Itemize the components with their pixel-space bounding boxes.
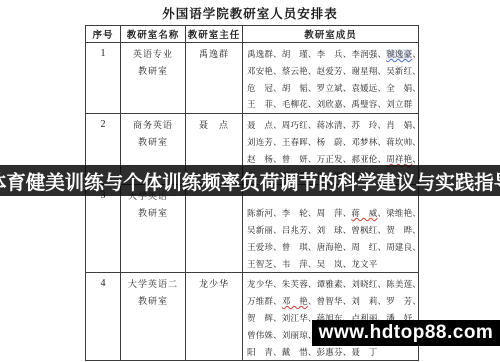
office-director-name: 聂 点 <box>186 117 242 134</box>
member-line: 王 菲、毛柳花、刘欣嘉、禹璧容、刘立群 <box>247 96 416 113</box>
member-line: 万维群、邓 艳、曾智华、刘 莉、罗 芳、 <box>247 293 416 310</box>
spellcheck-mark: 周祥艳 <box>386 154 412 164</box>
office-name-line: 教研室 <box>121 63 185 80</box>
column-header: 教研室成员 <box>243 26 419 43</box>
watermark-text: www.hdtop88.com <box>319 322 494 344</box>
overlay-banner-text: 体育健美训练与个体训练频率负荷调节的科学建议与实践指导 <box>0 167 500 195</box>
row-number: 3 <box>86 185 121 273</box>
spellcheck-mark: 虢逸豪 <box>386 49 412 59</box>
office-name-line: 教研室 <box>121 134 185 151</box>
spellcheck-mark: 蒋 威 <box>351 208 377 218</box>
member-line: 禹逸群、胡 瑾、李 兵、李润强、虢逸豪、 <box>247 46 416 63</box>
office-director-name: 禹逸群 <box>186 46 242 63</box>
watermark-badge: www.hdtop88.com <box>312 320 500 346</box>
office-name-line: 商务英语 <box>121 117 185 134</box>
office-members: 禹逸群、胡 瑾、李 兵、李润强、虢逸豪、邓安艳、蔡云艳、赵爱芳、谢星翔、吴新红、… <box>243 43 419 114</box>
column-header: 教研室主任 <box>186 26 243 43</box>
table-row: 4大学英语二教研室龙少华龙少华、朱芙蓉、谭雅素、刘晓红、陈美莲、万维群、邓 艳、… <box>86 273 419 361</box>
member-line: 龙少华、朱芙蓉、谭雅素、刘晓红、陈美莲、 <box>247 276 416 293</box>
office-name: 大学英语一教研室 <box>121 185 186 273</box>
office-name: 大学英语二教研室 <box>121 273 186 361</box>
row-number: 1 <box>86 43 121 114</box>
member-line: 吴新丽、吕兆芳、刘 球、曾枫红、贺 晔、 <box>247 222 416 239</box>
member-line: 王智芝、韦 萍、吴 岚、龙文平 <box>247 256 416 273</box>
office-name-line: 大学英语二 <box>121 276 185 293</box>
member-line: 阳 青、戴 惜、彭惠芬、聂 丁 <box>247 344 416 361</box>
member-line: 危 冠、胡 韬、罗立斌、袁媛远、全 娟、 <box>247 80 416 97</box>
row-number: 4 <box>86 273 121 361</box>
office-members: 陈新河、李 轮、周 萍、蒋 威、梁维艳、吴新丽、吕兆芳、刘 球、曾枫红、贺 晔、… <box>243 185 419 273</box>
office-director-name: 龙少华 <box>186 276 242 293</box>
table-header-row: 序号教研室名称教研室主任教研室成员 <box>86 26 419 43</box>
office-name-line: 教研室 <box>121 205 185 222</box>
member-line: 聂 点、周巧红、蒋冰清、苏 玲、肖 娟、 <box>247 117 416 134</box>
spellcheck-mark: 邓 艳 <box>282 296 308 306</box>
column-header: 序号 <box>86 26 121 43</box>
document-page: 外国语学院教研室人员安排表 序号教研室名称教研室主任教研室成员 1英语专业教研室… <box>0 0 500 362</box>
office-name-line: 英语专业 <box>121 46 185 63</box>
overlay-banner: 体育健美训练与个体训练频率负荷调节的科学建议与实践指导 <box>0 165 500 196</box>
office-name-line: 教研室 <box>121 293 185 310</box>
page-title: 外国语学院教研室人员安排表 <box>0 4 500 22</box>
member-line: 邓安艳、蔡云艳、赵爱芳、谢星翔、吴新红、 <box>247 63 416 80</box>
member-line: 刘连芳、王春晖、杨 蔚、邓梦林、蒋坎帅、 <box>247 134 416 151</box>
member-line: 陈新河、李 轮、周 萍、蒋 威、梁维艳、 <box>247 205 416 222</box>
office-director: 禹逸群 <box>186 43 243 114</box>
office-director <box>186 185 243 273</box>
table-row: 3大学英语一教研室 陈新河、李 轮、周 萍、蒋 威、梁维艳、吴新丽、吕兆芳、刘 … <box>86 185 419 273</box>
member-line: 王爱珍、曾 琪、唐海艳、周 红、周建良、 <box>247 239 416 256</box>
column-header: 教研室名称 <box>121 26 186 43</box>
office-name: 英语专业教研室 <box>121 43 186 114</box>
office-members: 龙少华、朱芙蓉、谭雅素、刘晓红、陈美莲、万维群、邓 艳、曾智华、刘 莉、罗 芳、… <box>243 273 419 361</box>
table-row: 1英语专业教研室禹逸群禹逸群、胡 瑾、李 兵、李润强、虢逸豪、邓安艳、蔡云艳、赵… <box>86 43 419 114</box>
office-director: 龙少华 <box>186 273 243 361</box>
